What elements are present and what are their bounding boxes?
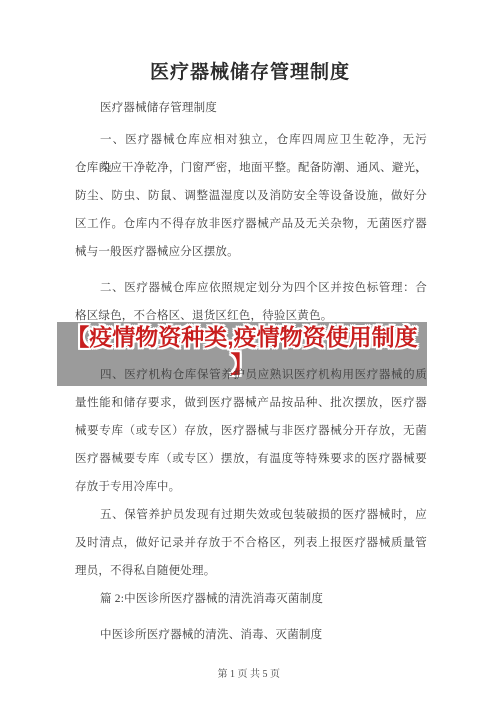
doc-section-heading: 中医诊所医疗器械的清洗、消毒、灭菌制度 [75, 621, 427, 649]
page-number-footer: 第1页共5页 [0, 665, 500, 680]
doc-line: 理员，不得私自随便处理。 [75, 557, 427, 585]
doc-line: 械要专库（或专区）存放，医疗器械与非医疗器械分开存放，无菌 [75, 417, 427, 445]
doc-line: 及时清点，做好记录并存放于不合格区，列表上报医疗器械质量管 [75, 529, 427, 557]
document-body: 医疗器械储存管理制度 一、医疗器械仓库应相对独立，仓库四周应卫生乾净，无污染， … [0, 94, 500, 649]
doc-line: 械与一般医疗器械应分区摆放。 [75, 238, 427, 266]
doc-line: 二、医疗器械仓库应依照规定划分为四个区并按色标管理：合 [75, 274, 427, 302]
doc-subtitle: 医疗器械储存管理制度 [75, 94, 427, 122]
doc-line: 量性能和储存要求，做到医疗器械产品按品种、批次摆放，医疗器 [75, 389, 427, 417]
doc-line: 五、保管养护员发现有过期失效或包装破损的医疗器械时，应 [75, 501, 427, 529]
doc-line: 存放于专用冷库中。 [75, 473, 427, 501]
doc-line: 仓库内应干净乾净，门窗严密，地面平整。配备防潮、通风、避光、 [75, 154, 427, 182]
doc-line: 医疗器械要专库（或专区）摆放，有温度等特殊要求的医疗器械要 [75, 445, 427, 473]
doc-line: 一、医疗器械仓库应相对独立，仓库四周应卫生乾净，无污染， [75, 126, 427, 154]
doc-section-heading: 篇 2:中医诊所医疗器械的清洗消毒灭菌制度 [75, 585, 427, 613]
doc-line: 区工作。仓库内不得存放非医疗器械产品及无关杂物，无菌医疗器 [75, 210, 427, 238]
document-page: 医疗器械储存管理制度 【疫情物资种类,疫情物资使用制度 】 医疗器械储存管理制度… [0, 0, 500, 706]
doc-line: 格区绿色，不合格区、退货区红色，待验区黄色。 [75, 302, 427, 330]
doc-line: 四、医疗机构仓库保管养护员应熟识医疗机构用医疗器械的质 [75, 361, 427, 389]
doc-line: 防尘、防虫、防鼠、调整温湿度以及消防安全等设备设施，做好分 [75, 182, 427, 210]
page-title: 医疗器械储存管理制度 [0, 0, 500, 88]
